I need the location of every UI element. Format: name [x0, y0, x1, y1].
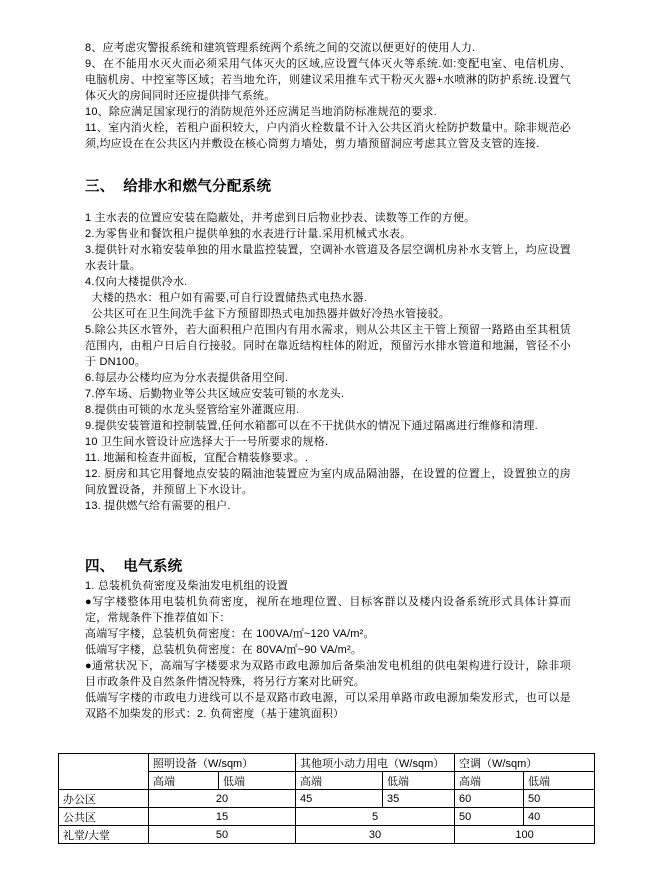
- table-cell: 60: [455, 790, 524, 808]
- table-cell: 35: [383, 790, 455, 808]
- table-row: 公共区 15 5 50 40: [59, 808, 595, 826]
- plumbing-item: 2.为零售业和餐饮租户提供单独的水表进行计量.采用机械式水表。: [85, 226, 571, 242]
- table-group-header-row: 照明设备（W/sqm） 其他项小动力用电（W/sqm） 空调（W/sqm）: [59, 754, 595, 772]
- electrical-item: ●通常状况下，高端写字楼要求为双路市政电源加后备柴油发电机组的供电架构进行设计，…: [85, 658, 571, 690]
- table-subheader-high: 高端: [149, 772, 219, 790]
- table-cell: 50: [455, 808, 524, 826]
- table-row: 办公区 20 45 35 60 50: [59, 790, 595, 808]
- electrical-item: 1. 总装机负荷密度及柴油发电机组的设置: [85, 578, 571, 594]
- plumbing-item: 3.提供针对水箱安装单独的用水量监控装置，空调补水管道及各层空调机房补水支管上，…: [85, 242, 571, 274]
- table-row: 礼堂/大堂 50 30 100: [59, 826, 595, 844]
- plumbing-item: 7.停车场、后勤物业等公共区域应安装可锁的水龙头.: [85, 386, 571, 402]
- electrical-item: ●写字楼整体用电装机负荷密度，视所在地理位置、目标客群以及楼内设备系统形式具体计…: [85, 594, 571, 626]
- table-group-header-small-power: 其他项小动力用电（W/sqm）: [296, 754, 455, 772]
- heading-electrical-section: 四、 电气系统: [85, 556, 571, 578]
- table-subheader-high: 高端: [296, 772, 383, 790]
- plumbing-item: 8.提供由可锁的水龙头竖管给室外灌溉应用.: [85, 402, 571, 418]
- plumbing-item: 1 主水表的位置应安装在隐蔽处，并考虑到日后物业抄表、读数等工作的方便。: [85, 210, 571, 226]
- table-subheader-low: 低端: [219, 772, 296, 790]
- table-subheader-low: 低端: [524, 772, 595, 790]
- table-group-header-lighting: 照明设备（W/sqm）: [149, 754, 296, 772]
- plumbing-item: 9.提供安装管道和控制装置,任何水箱都可以在不干扰供水的情况下通过隔离进行维修和…: [85, 418, 571, 434]
- table-cell: 15: [149, 808, 296, 826]
- table-group-header-ac: 空调（W/sqm）: [455, 754, 595, 772]
- plumbing-item: 大楼的热水：租户如有需要,可自行设置储热式电热水器.: [85, 290, 571, 306]
- plumbing-item: 12. 厨房和其它用餐地点安装的隔油池装置应为室内成品隔油器，在设置的位置上，设…: [85, 466, 571, 498]
- fire-item: 8、应考虑灾警报系统和建筑管理系统两个系统之间的交流以便更好的使用人力.: [85, 40, 571, 56]
- plumbing-item: 13. 提供燃气给有需要的租户.: [85, 498, 571, 514]
- table-cell: 40: [524, 808, 595, 826]
- table-corner-cell: [59, 754, 149, 790]
- electrical-item: 低端写字楼，总装机负荷密度：在 80VA/㎡~90 VA/m²。: [85, 642, 571, 658]
- electrical-item: 高端写字楼，总装机负荷密度：在 100VA/㎡~120 VA/m²。: [85, 626, 571, 642]
- table-cell: 100: [455, 826, 595, 844]
- plumbing-item: 公共区可在卫生间洗手盆下方预留即热式电加热器并做好冷热水管接驳。: [85, 306, 571, 322]
- table-cell: 50: [149, 826, 296, 844]
- table-cell: 45: [296, 790, 383, 808]
- table-cell: 5: [296, 808, 455, 826]
- plumbing-item: 6.每层办公楼均应为分水表提供备用空间.: [85, 370, 571, 386]
- table-row-label: 礼堂/大堂: [59, 826, 149, 844]
- fire-item: 11、室内消火栓，若租户面积较大，户内消火栓数量不计入公共区消火栓防护数量中。除…: [85, 120, 571, 152]
- plumbing-item: 5.除公共区水管外，若大面积租户范围内有用水需求，则从公共区主干管上预留一路路由…: [85, 322, 571, 370]
- table-subheader-high: 高端: [455, 772, 524, 790]
- plumbing-item: 4.仅向大楼提供冷水.: [85, 274, 571, 290]
- table-row-label: 办公区: [59, 790, 149, 808]
- table-subheader-low: 低端: [383, 772, 455, 790]
- load-density-table: 照明设备（W/sqm） 其他项小动力用电（W/sqm） 空调（W/sqm） 高端…: [58, 753, 595, 844]
- plumbing-item: 11. 地漏和检查井面板，宜配合精装修要求。.: [85, 450, 571, 466]
- fire-item: 10、除应满足国家现行的消防规范外还应满足当地消防标准规范的要求.: [85, 104, 571, 120]
- table-row-label: 公共区: [59, 808, 149, 826]
- table-cell: 20: [149, 790, 296, 808]
- electrical-item: 低端写字楼的市政电力进线可以不是双路市政电源，可以采用单路市政电源加柴发形式，也…: [85, 690, 571, 722]
- table-cell: 30: [296, 826, 455, 844]
- table-cell: 50: [524, 790, 595, 808]
- heading-plumbing-gas-section: 三、 给排水和燃气分配系统: [85, 176, 571, 198]
- plumbing-item: 10 卫生间水管设计应选择大于一号所要求的规格.: [85, 434, 571, 450]
- fire-item: 9、在不能用水灭火而必须采用气体灭火的区域,应设置气体灭火等系统.如:变配电室、…: [85, 56, 571, 104]
- document-page: 8、应考虑灾警报系统和建筑管理系统两个系统之间的交流以便更好的使用人力. 9、在…: [0, 0, 651, 883]
